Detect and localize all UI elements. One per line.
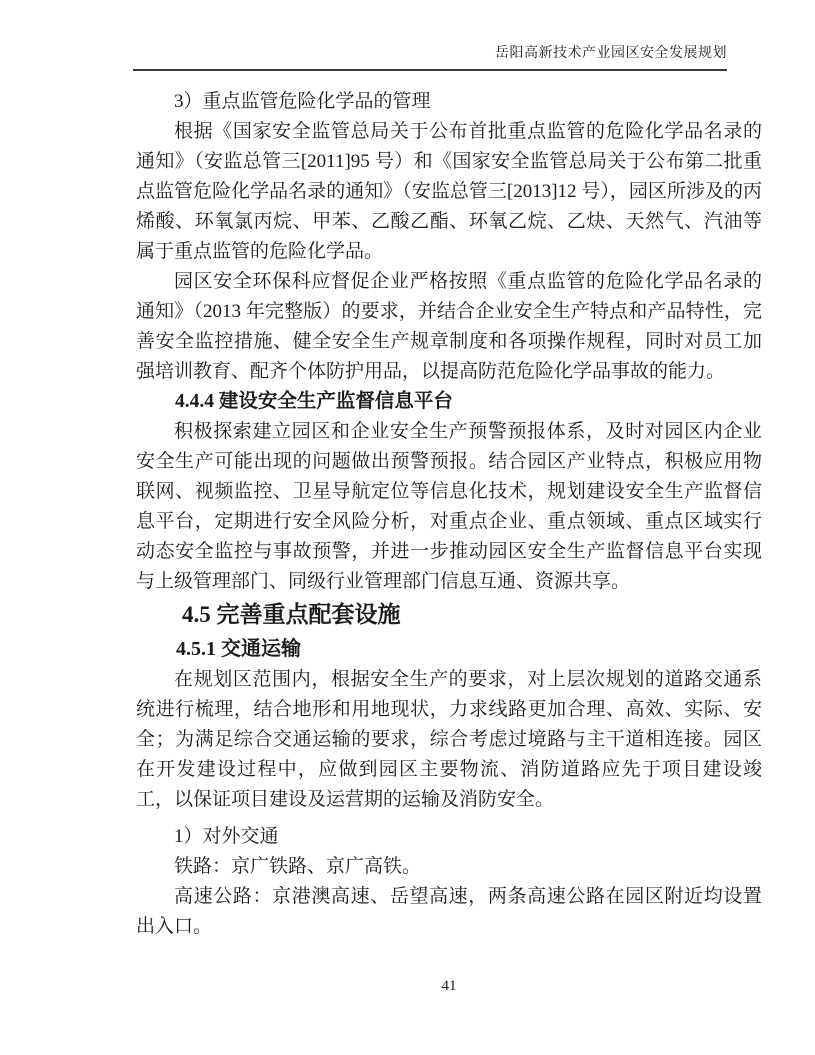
numbered-item-heading-1: 1）对外交通	[136, 822, 762, 852]
document-page: 岳阳高新技术产业园区安全发展规划 3）重点监管危险化学品的管理 根据《国家安全监…	[0, 0, 815, 1055]
numbered-item-heading-3: 3）重点监管危险化学品的管理	[136, 87, 762, 117]
paragraph-road-traffic: 在规划区范围内，根据安全生产的要求，对上层次规划的道路交通系统进行梳理，结合地形…	[136, 665, 762, 815]
heading-4-5-1: 4.5.1 交通运输	[136, 633, 762, 665]
paragraph-highway: 高速公路：京港澳高速、岳望高速，两条高速公路在园区附近均设置出入口。	[136, 882, 762, 942]
paragraph-information-platform: 积极探索建立园区和企业安全生产预警预报体系，及时对园区内企业安全生产可能出现的问…	[136, 417, 762, 597]
running-header-title: 岳阳高新技术产业园区安全发展规划	[495, 46, 727, 61]
page-number: 41	[442, 978, 457, 994]
running-header: 岳阳高新技术产业园区安全发展规划	[133, 0, 727, 71]
page-body: 3）重点监管危险化学品的管理 根据《国家安全监管总局关于公布首批重点监管的危险化…	[136, 80, 762, 942]
paragraph-supervision-requirements: 园区安全环保科应督促企业严格按照《重点监管的危险化学品名录的通知》（2013 年…	[136, 267, 762, 387]
heading-4-5: 4.5 完善重点配套设施	[136, 597, 762, 633]
heading-4-4-4: 4.4.4 建设安全生产监督信息平台	[136, 387, 762, 417]
railway-line: 铁路：京广铁路、京广高铁。	[136, 852, 762, 882]
page-footer: 41	[136, 977, 762, 995]
paragraph-hazchem-catalog: 根据《国家安全监管总局关于公布首批重点监管的危险化学品名录的通知》（安监总管三[…	[136, 117, 762, 267]
